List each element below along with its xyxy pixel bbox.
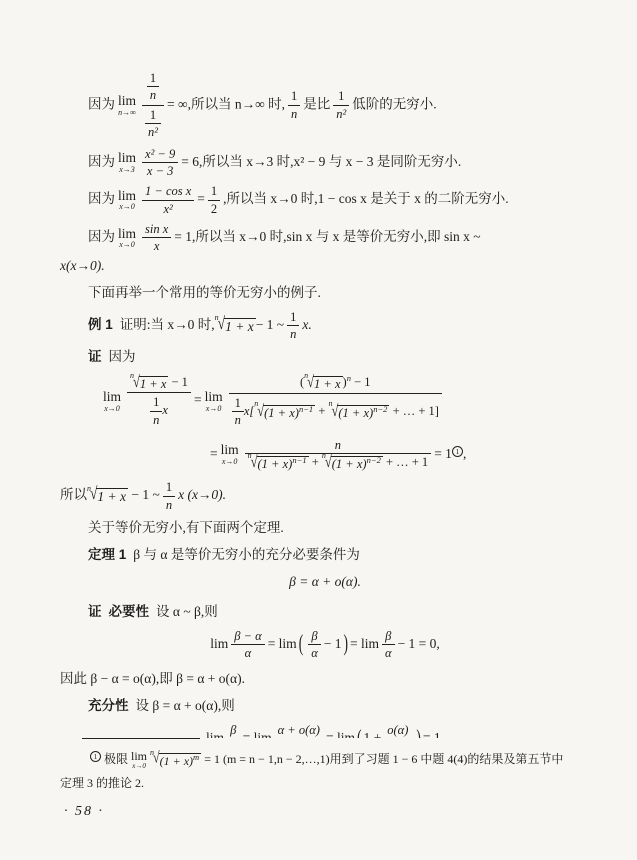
exponent: m — [193, 752, 199, 762]
lim-subscript: x→0 — [131, 763, 147, 770]
exponent: n−1 — [292, 455, 306, 465]
fraction-big: nn√(1 + x)n−1 + n√(1 + x)n−2 + … + 1 — [245, 438, 432, 472]
footnote-area: 1 极限limx→0n√(1 + x)m = 1 (m = n − 1,n − … — [60, 738, 590, 820]
radical-sign-icon: √ — [332, 401, 339, 420]
text-run: ,所以当 x→0 时,1 − cos x 是关于 x 的二阶无穷小. — [223, 191, 508, 206]
lim-subscript: x→0 — [205, 405, 223, 413]
display-formula-1: limx→0n√1 + x − 11nx=limx→0(n√1 + x)n − … — [60, 374, 590, 428]
continuation-line: x(x→0). — [60, 256, 590, 277]
fraction: β − αα — [231, 629, 264, 661]
frac-den: n — [147, 86, 159, 102]
frac-den: n√(1 + x)n−1 + n√(1 + x)n−2 + … + 1 — [245, 453, 432, 471]
frac-num: o(α) — [384, 723, 411, 738]
example-1-label: 例 1 — [88, 317, 113, 332]
radicand: 1 + x — [96, 488, 128, 504]
theorem-1-heading: 定理 1β 与 α 是等价无穷小的充分必要条件为 — [60, 545, 590, 566]
radicand-text: (1 + x) — [332, 457, 367, 471]
lim-subscript: x→0 — [221, 458, 239, 466]
paragraph-equivalent-sin: 因为limx→0sin xx= 1,所以当 x→0 时,sin x 与 x 是等… — [60, 222, 590, 277]
fraction: βα — [308, 629, 321, 661]
footnote-line-2: 定理 3 的推论 2. — [60, 773, 590, 795]
lim-subscript: n→∞ — [118, 109, 136, 117]
radicand-text: (1 + x) — [258, 457, 293, 471]
frac-den: x − 3 — [142, 162, 178, 178]
comma: , — [463, 446, 466, 461]
radical-sign-icon: √ — [325, 453, 332, 472]
text-run: = ∞,所以当 n→∞ 时, — [167, 96, 285, 111]
frac-den: 1n² — [142, 105, 164, 141]
frac-num: (n√1 + x)n − 1 — [229, 374, 442, 393]
fraction: 1n — [150, 395, 162, 427]
lim-subscript: x→0 — [118, 241, 136, 249]
limit-operator: limn→∞ — [118, 94, 136, 117]
frac-num: 1 — [145, 108, 161, 123]
radicand-text: (1 + x) — [338, 406, 373, 420]
lim-subscript: x→3 — [118, 166, 136, 174]
display-formula-4: limβ − αα= lim(βα− 1)= limβα− 1 = 0, — [60, 629, 590, 661]
text-run: 因为 — [109, 349, 136, 364]
exponent: n−1 — [299, 403, 313, 413]
radicand: 1 + x — [224, 318, 256, 334]
frac-num: n — [245, 438, 432, 453]
text-run: 所以 — [60, 487, 87, 502]
exponent: n−2 — [367, 455, 381, 465]
lim-word: lim — [210, 636, 228, 651]
lim-word: lim — [103, 390, 121, 404]
radicand-text: (1 + x) — [264, 406, 299, 420]
frac-den: x² — [142, 200, 194, 216]
text-run: = 1 — [434, 446, 452, 461]
text-run: = 1,所以当 x→0 时,sin x 与 x 是等价无穷小,即 sin x ~ — [174, 229, 480, 244]
nth-root: n√1 + x — [130, 376, 168, 392]
frac-num: 1 — [208, 184, 220, 199]
nth-root: n√1 + x — [304, 376, 342, 392]
text-run: − 1 = 0, — [398, 636, 440, 651]
fraction: 1n² — [145, 108, 161, 140]
fraction: 1 − cos xx² — [142, 184, 194, 216]
proof-sufficiency-lead: 充分性设 β = α + o(α),则 — [60, 696, 590, 717]
limit-operator: limx→0 — [118, 227, 136, 250]
nth-root: n√1 + x — [215, 317, 256, 338]
theorem-1-label: 定理 1 — [88, 547, 126, 562]
radicand-text: 1 + x — [140, 377, 166, 391]
frac-den: 1nx[n√(1 + x)n−1 + n√(1 + x)n−2 + … + 1] — [229, 393, 442, 429]
text-run: 因此 β − α = o(α),即 β = α + o(α). — [60, 671, 245, 686]
frac-num: 1n — [142, 70, 164, 105]
limit-operator: limx→0 — [118, 189, 136, 212]
proof-necessity-lead: 证必要性设 α ~ β,则 — [60, 602, 590, 623]
text-run: − 1 ~ — [131, 487, 159, 502]
text-run: 极限 — [104, 752, 128, 766]
limit-operator: limx→0 — [103, 390, 121, 413]
radical-sign-icon: √ — [251, 453, 258, 472]
frac-num: 1 — [288, 89, 300, 104]
text-run: − 1 — [324, 636, 342, 651]
lim-word: lim — [205, 390, 223, 404]
nth-root: n√(1 + x)m — [150, 750, 201, 773]
text-run: β 与 α 是等价无穷小的充分必要条件为 — [133, 547, 360, 562]
fraction: sin xx — [142, 222, 171, 254]
close-paren: ) — [344, 627, 349, 663]
equals-sign: = — [194, 393, 202, 408]
frac-num: sin x — [142, 222, 171, 237]
frac-num: β — [308, 629, 321, 644]
text-run: x. — [302, 317, 311, 332]
frac-den: n — [232, 411, 244, 427]
lim-word: lim — [118, 151, 136, 165]
radicand: 1 + x — [139, 376, 168, 391]
lim-word: lim — [118, 227, 136, 241]
frac-den: n — [288, 105, 300, 121]
fraction: 1n — [163, 480, 175, 512]
scanned-textbook-page: 因为limn→∞1n1n²= ∞,所以当 n→∞ 时,1n是比1n²低阶的无穷小… — [0, 0, 637, 860]
proof-label: 证 — [88, 604, 102, 619]
frac-num: 1 — [163, 480, 175, 495]
fraction: 1n — [287, 310, 299, 342]
text-run: + … + 1] — [393, 404, 439, 418]
frac-den: n — [163, 496, 175, 512]
text-run: − 1 — [172, 375, 188, 389]
radicand: (1 + x)n−2 — [331, 456, 383, 471]
frac-num: n√1 + x − 1 — [127, 375, 191, 392]
frac-num: 1 — [287, 310, 299, 325]
fraction-big: (n√1 + x)n − 11nx[n√(1 + x)n−1 + n√(1 + … — [229, 374, 442, 428]
radicand: (1 + x)n−1 — [263, 405, 315, 420]
text-run: = 6,所以当 x→3 时,x² − 9 与 x − 3 是同阶无穷小. — [181, 153, 461, 168]
footnote-ref-circled-1: 1 — [452, 446, 463, 457]
frac-num: 1 — [150, 395, 162, 410]
equals-sign: = — [210, 446, 218, 461]
nth-root: n√(1 + x)n−2 — [329, 404, 390, 420]
lim-word: lim — [118, 189, 136, 203]
lim-word: lim — [118, 94, 136, 108]
plus-sign: + — [312, 455, 319, 469]
proof-label: 证 — [88, 349, 102, 364]
text-run: 设 β = α + o(α),则 — [136, 698, 235, 713]
page-content: 因为limn→∞1n1n²= ∞,所以当 n→∞ 时,1n是比1n²低阶的无穷小… — [60, 70, 590, 829]
text-run: x (x→0). — [178, 487, 226, 502]
paragraph-same-order: 因为limx→3x² − 9x − 3= 6,所以当 x→3 时,x² − 9 … — [60, 147, 590, 179]
frac-num: β — [382, 629, 395, 644]
paragraph-intro-example: 下面再举一个常用的等价无穷小的例子. — [60, 283, 590, 304]
footnote-marker-circled-1: 1 — [90, 751, 101, 762]
text-run: = 1 (m = n − 1,n − 2,…,1)用到了习题 1 − 6 中题 … — [204, 752, 563, 766]
text-run: 关于等价无穷小,有下面两个定理. — [88, 520, 284, 535]
fraction: 1n — [147, 71, 159, 103]
frac-num: 1 — [333, 89, 349, 104]
limit-operator: limx→0 — [205, 390, 223, 413]
radicand-text: 1 + x — [314, 377, 340, 391]
radical-sign-icon: √ — [133, 373, 140, 392]
frac-den: α — [231, 644, 264, 660]
proof-lead-in: 证因为 — [60, 347, 590, 368]
radicand-text: 1 + x — [225, 319, 254, 334]
text-run: − 1 — [354, 375, 370, 389]
footnote-rule — [82, 738, 200, 739]
lim-subscript: x→0 — [118, 203, 136, 211]
radicand: (1 + x)m — [159, 753, 202, 768]
exponent: n — [347, 373, 351, 383]
radicand-text: (1 + x) — [160, 754, 193, 768]
radical-sign-icon: √ — [153, 745, 160, 773]
radicand: 1 + x — [313, 376, 342, 391]
text-run: = — [197, 191, 205, 206]
radical-sign-icon: √ — [307, 373, 314, 392]
fraction: 1n — [288, 89, 300, 121]
nth-root: n√(1 + x)n−2 — [322, 456, 383, 472]
lim-word: lim — [131, 750, 147, 762]
frac-den: n² — [145, 123, 161, 139]
exponent: n−2 — [373, 403, 387, 413]
frac-den: α — [308, 644, 321, 660]
radicand-text: 1 + x — [97, 489, 126, 504]
frac-num: 1 − cos x — [142, 184, 194, 199]
limit-operator: limx→0 — [221, 443, 239, 466]
frac-num: α + o(α) — [275, 723, 323, 738]
frac-den: 1nx — [127, 392, 191, 428]
frac-num: 1 — [232, 396, 244, 411]
lim-subscript: x→0 — [103, 405, 121, 413]
frac-num: β — [227, 723, 240, 738]
frac-den: n — [150, 411, 162, 427]
frac-den: n² — [333, 105, 349, 121]
nth-root: n√(1 + x)n−1 — [248, 456, 309, 472]
frac-num: 1 — [147, 71, 159, 86]
radical-sign-icon: √ — [90, 481, 97, 508]
open-paren: ( — [299, 627, 304, 663]
nth-root: n√1 + x — [87, 487, 128, 508]
text-run: 下面再举一个常用的等价无穷小的例子. — [88, 285, 321, 300]
frac-den: α — [382, 644, 395, 660]
text-run: 因为 — [88, 96, 115, 111]
fraction-big: n√1 + x − 11nx — [127, 375, 191, 428]
example-1-heading: 例 1证明:当 x→0 时,n√1 + x− 1 ~1nx. — [60, 310, 590, 342]
text-run: x — [162, 403, 168, 417]
text-run: 证明:当 x→0 时, — [120, 317, 215, 332]
text-run: − 1 ~ — [256, 317, 284, 332]
paragraph-second-order: 因为limx→01 − cos xx²=12,所以当 x→0 时,1 − cos… — [60, 184, 590, 216]
frac-den: x — [142, 237, 171, 253]
radical-sign-icon: √ — [257, 401, 264, 420]
frac-den: n — [287, 325, 299, 341]
text-run: x[ — [244, 404, 254, 418]
text-run: 设 α ~ β,则 — [156, 604, 218, 619]
display-formula-2: =limx→0nn√(1 + x)n−1 + n√(1 + x)n−2 + … … — [60, 438, 590, 472]
text-run: 是比 — [303, 96, 330, 111]
formula-text: β = α + o(α). — [289, 574, 361, 589]
frac-num: β − α — [231, 629, 264, 644]
page-number: · 58 · — [60, 804, 590, 820]
radicand: (1 + x)n−2 — [337, 405, 389, 420]
text-run: 因为 — [88, 229, 115, 244]
text-run: = lim — [268, 636, 297, 651]
text-run: 低阶的无穷小. — [352, 96, 436, 111]
fraction: 1n — [232, 396, 244, 428]
radical-sign-icon: √ — [218, 310, 225, 337]
radicand: (1 + x)n−1 — [257, 456, 309, 471]
plus-sign: + — [318, 404, 325, 418]
fraction: βα — [382, 629, 395, 661]
limit-operator: limx→3 — [118, 151, 136, 174]
lim-word: lim — [221, 443, 239, 457]
display-formula-3: β = α + o(α). — [60, 572, 590, 593]
limit-operator: limx→0 — [131, 750, 147, 770]
paragraph-two-theorems: 关于等价无穷小,有下面两个定理. — [60, 518, 590, 539]
frac-den: 2 — [208, 200, 220, 216]
frac-num: x² − 9 — [142, 147, 178, 162]
text-run: + … + 1 — [386, 455, 428, 469]
necessity-label: 必要性 — [109, 604, 150, 619]
nth-root: n√(1 + x)n−1 — [254, 404, 315, 420]
text-run: 因为 — [88, 191, 115, 206]
footnote-text: 1 极限limx→0n√(1 + x)m = 1 (m = n − 1,n − … — [60, 749, 590, 794]
paragraph-lower-order: 因为limn→∞1n1n²= ∞,所以当 n→∞ 时,1n是比1n²低阶的无穷小… — [60, 70, 590, 141]
fraction: 12 — [208, 184, 220, 216]
sufficiency-label: 充分性 — [88, 698, 129, 713]
fraction: 1n² — [333, 89, 349, 121]
paragraph-therefore-root: 所以n√1 + x − 1 ~1nx (x→0). — [60, 480, 590, 512]
fraction-nested: 1n1n² — [142, 70, 164, 141]
text-run: 因为 — [88, 153, 115, 168]
fraction: x² − 9x − 3 — [142, 147, 178, 179]
paragraph-thus-necessity: 因此 β − α = o(α),即 β = α + o(α). — [60, 669, 590, 690]
text-run: = lim — [350, 636, 379, 651]
